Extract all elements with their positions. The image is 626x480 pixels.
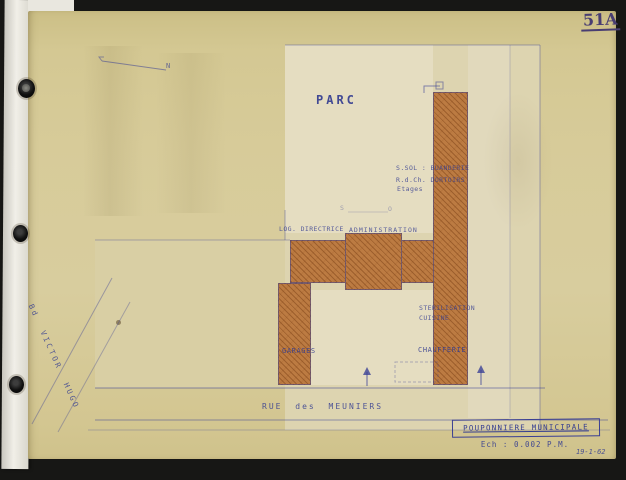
boulevard-line bbox=[58, 302, 130, 432]
entrance-arrowhead bbox=[477, 365, 485, 373]
label-floors: Etages bbox=[397, 186, 423, 193]
binder-screw bbox=[22, 84, 30, 92]
date-note: 19-1-62 bbox=[576, 449, 606, 456]
scanned-document: 51A N PARC S.SOL : BUANDERIE R.d.Ch. DOR… bbox=[0, 0, 626, 480]
binder-hole bbox=[13, 225, 28, 242]
label-director-lodging: LOG. DIRECTRICE bbox=[279, 226, 344, 233]
section-mark-s: S bbox=[340, 205, 344, 212]
north-arrow-tail bbox=[99, 57, 104, 61]
binder-hole bbox=[9, 376, 24, 393]
label-garages: GARAGES bbox=[282, 348, 316, 355]
street-name-bottom: RUE des MEUNIERS bbox=[262, 403, 383, 411]
folio-stamp: 51A bbox=[581, 11, 620, 31]
document-page: 51A N PARC S.SOL : BUANDERIE R.d.Ch. DOR… bbox=[28, 11, 616, 459]
binder-hole bbox=[18, 79, 35, 98]
label-sterilisation: STERILISATION bbox=[419, 305, 475, 312]
label-boiler-room: CHAUFFERIE bbox=[418, 347, 466, 354]
label-administration: ADMINISTRATION bbox=[349, 227, 418, 234]
dashed-annex bbox=[395, 362, 438, 382]
park-label: PARC bbox=[316, 94, 357, 106]
drawing-title: POUPONNIERE MUNICIPALE bbox=[463, 424, 589, 433]
label-basement: S.SOL : BUANDERIE bbox=[396, 165, 469, 172]
title-block: POUPONNIERE MUNICIPALE bbox=[452, 418, 600, 438]
north-arrow-line bbox=[102, 61, 166, 70]
label-ground-floor: R.d.Ch. DORTOIRS bbox=[396, 177, 465, 184]
plan-linework bbox=[28, 11, 616, 459]
entrance-arrowhead bbox=[363, 367, 371, 375]
label-kitchen: CUISINE bbox=[419, 315, 449, 322]
section-mark-o: O bbox=[388, 206, 392, 213]
north-label: N bbox=[166, 63, 170, 70]
